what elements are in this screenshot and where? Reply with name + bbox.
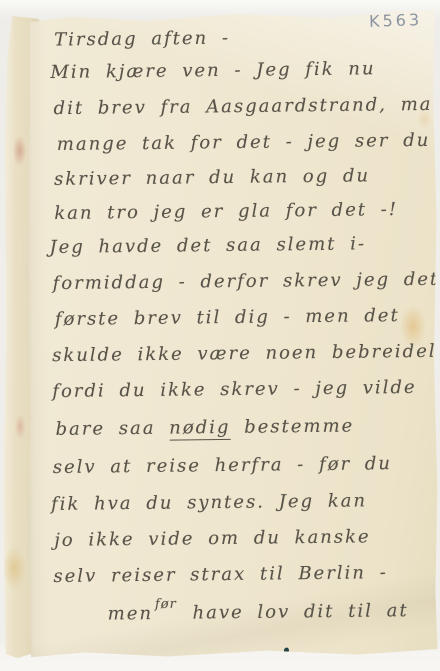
underlined-word: nødig <box>169 417 230 441</box>
catalog-number-label: K563 <box>369 10 423 31</box>
scanned-letter-page: K563 Tirsdag aften - Min kjære ven - Jeg… <box>0 0 440 671</box>
line-text: bare saa <box>55 418 169 440</box>
letter-line: Jeg havde det saa slemt i- <box>49 235 366 257</box>
letter-line: formiddag - derfor skrev jeg det <box>53 271 440 293</box>
letter-paper: K563 Tirsdag aften - Min kjære ven - Jeg… <box>23 9 440 660</box>
letter-line: jo ikke vide om du kanske <box>54 528 371 550</box>
inserted-word-above-line: før <box>155 597 177 612</box>
letter-line: kan tro jeg er gla for det -! <box>54 201 398 223</box>
letter-line: Min kjære ven - Jeg fik nu <box>50 60 375 82</box>
letter-line: dit brev fra Aasgaardstrand, mange <box>54 95 440 118</box>
letter-line: fordi du ikke skrev - jeg vilde <box>52 379 417 401</box>
letter-line: selv reiser strax til Berlin - <box>53 564 387 586</box>
letter-line: skulde ikke være noen bebreidelse <box>52 343 440 366</box>
letter-line: fik hva du syntes. Jeg kan <box>51 492 367 514</box>
line-text: have lov dit til at <box>179 600 409 624</box>
ink-blot <box>284 648 289 654</box>
letter-line: skriver naar du kan og du <box>54 167 370 189</box>
letter-line: Tirsdag aften - <box>54 30 230 50</box>
letter-line: første brev til dig - men det <box>55 307 400 329</box>
letter-line: menfør have lov dit til at <box>108 602 409 623</box>
line-text: men <box>108 603 154 625</box>
line-text: bestemme <box>230 415 354 437</box>
letter-line: bare saa nødig bestemme <box>55 417 354 438</box>
letter-line: selv at reise herfra - før du <box>53 455 392 477</box>
letter-line: mange tak for det - jeg ser du <box>57 132 431 154</box>
